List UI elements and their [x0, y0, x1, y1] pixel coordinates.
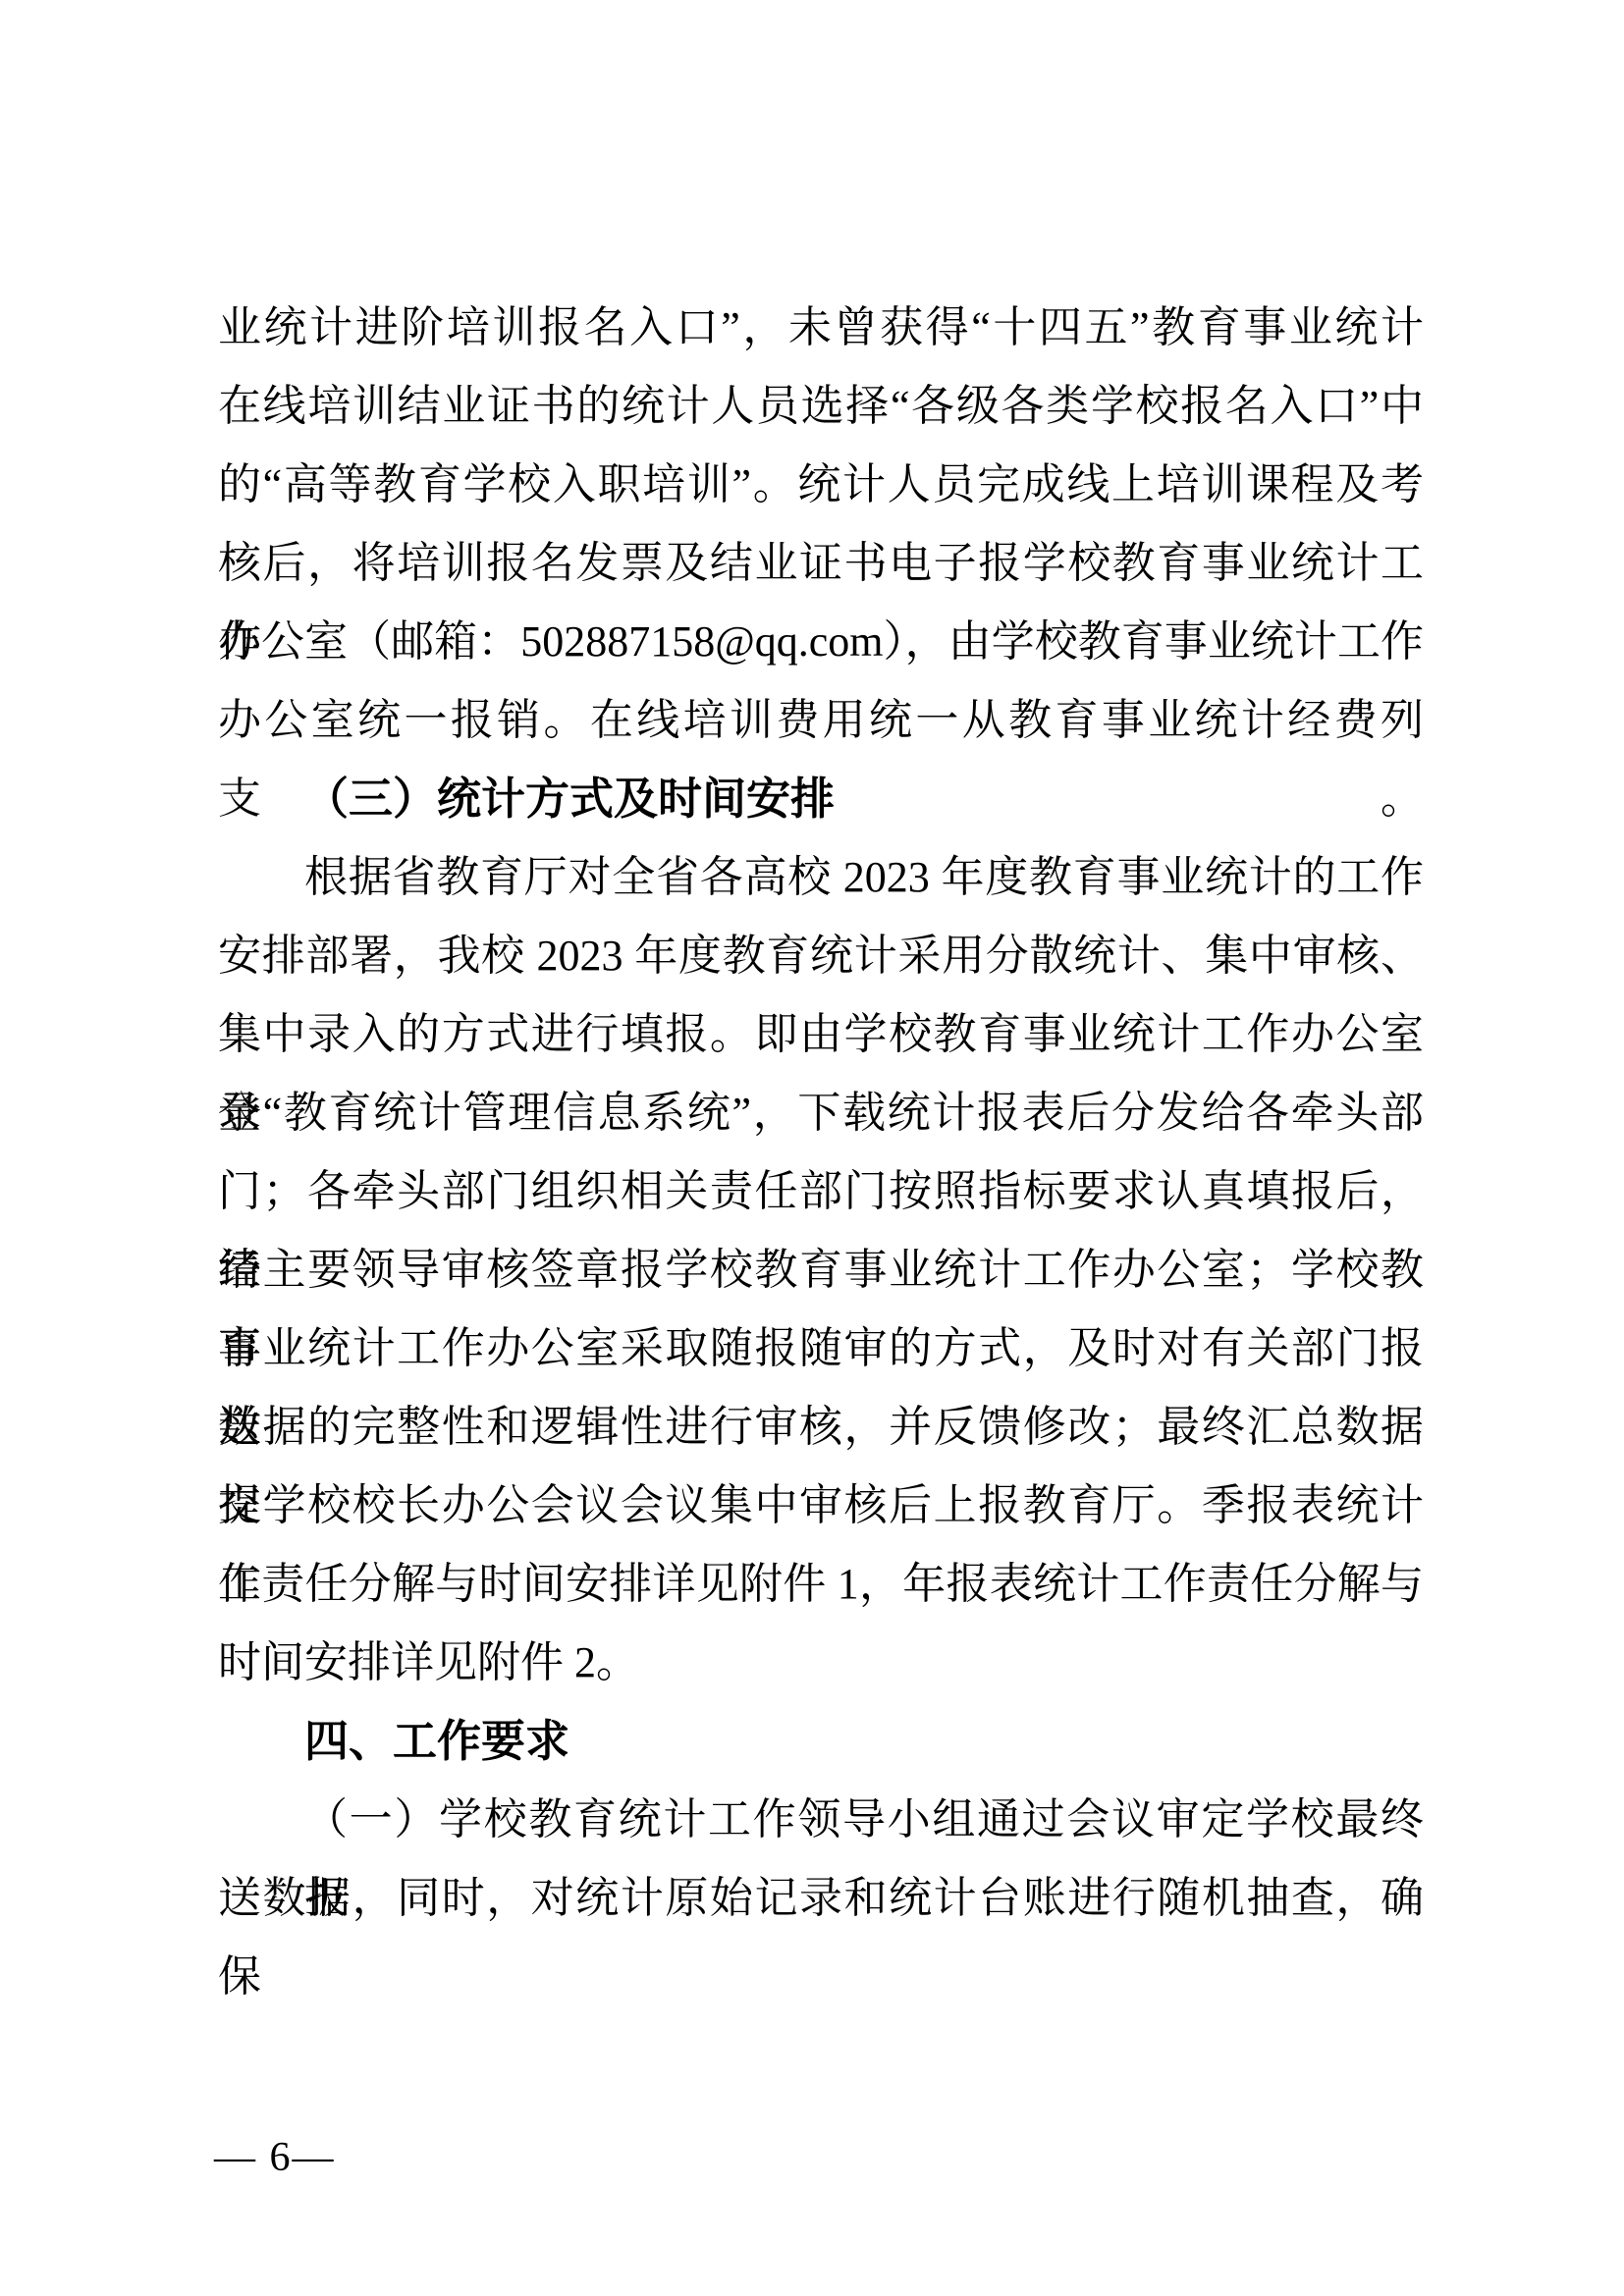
text-line: 作责任分解与时间安排详见附件 1，年报表统计工作责任分解与: [218, 1545, 1424, 1624]
text-line: 数据的完整性和逻辑性进行审核，并反馈修改；最终汇总数据提: [218, 1388, 1424, 1467]
text-line: （一）学校教育统计工作领导小组通过会议审定学校最终报: [218, 1781, 1424, 1859]
text-line: 录“教育统计管理信息系统”，下载统计报表后分发给各牵头部: [218, 1074, 1424, 1152]
page-number: — 6—: [214, 2128, 336, 2187]
text-line: 请主要领导审核签章报学校教育事业统计工作办公室；学校教育: [218, 1231, 1424, 1309]
text-line: 四、工作要求: [218, 1702, 1424, 1781]
text-line: 交学校校长办公会议会议集中审核后上报教育厅。季报表统计工: [218, 1467, 1424, 1545]
text-line: 业统计进阶培训报名入口”，未曾获得“十四五”教育事业统计: [218, 289, 1424, 367]
text-line: 办公室（邮箱：502887158@qq.com），由学校教育事业统计工作: [218, 603, 1424, 681]
text-line: 安排部署，我校 2023 年度教育统计采用分散统计、集中审核、: [218, 917, 1424, 995]
text-line: 根据省教育厅对全省各高校 2023 年度教育事业统计的工作: [218, 838, 1424, 917]
document-page: 业统计进阶培训报名入口”，未曾获得“十四五”教育事业统计在线培训结业证书的统计人…: [0, 0, 1624, 2296]
text-line: 在线培训结业证书的统计人员选择“各级各类学校报名入口”中: [218, 367, 1424, 446]
document-text-block: 业统计进阶培训报名入口”，未曾获得“十四五”教育事业统计在线培训结业证书的统计人…: [218, 289, 1424, 1938]
text-line: 的“高等教育学校入职培训”。统计人员完成线上培训课程及考: [218, 446, 1424, 524]
text-line: 办公室统一报销。在线培训费用统一从教育事业统计经费列支。: [218, 681, 1424, 760]
text-line: 事业统计工作办公室采取随报随审的方式，及时对有关部门报送: [218, 1309, 1424, 1388]
text-line: 时间安排详见附件 2。: [218, 1624, 1424, 1702]
text-line: 门；各牵头部门组织相关责任部门按照指标要求认真填报后，经: [218, 1152, 1424, 1231]
text-line: 核后，将培训报名发票及结业证书电子报学校教育事业统计工作: [218, 524, 1424, 603]
text-line: 送数据，同时，对统计原始记录和统计台账进行随机抽查，确保: [218, 1859, 1424, 1938]
text-line: 集中录入的方式进行填报。即由学校教育事业统计工作办公室登: [218, 995, 1424, 1074]
